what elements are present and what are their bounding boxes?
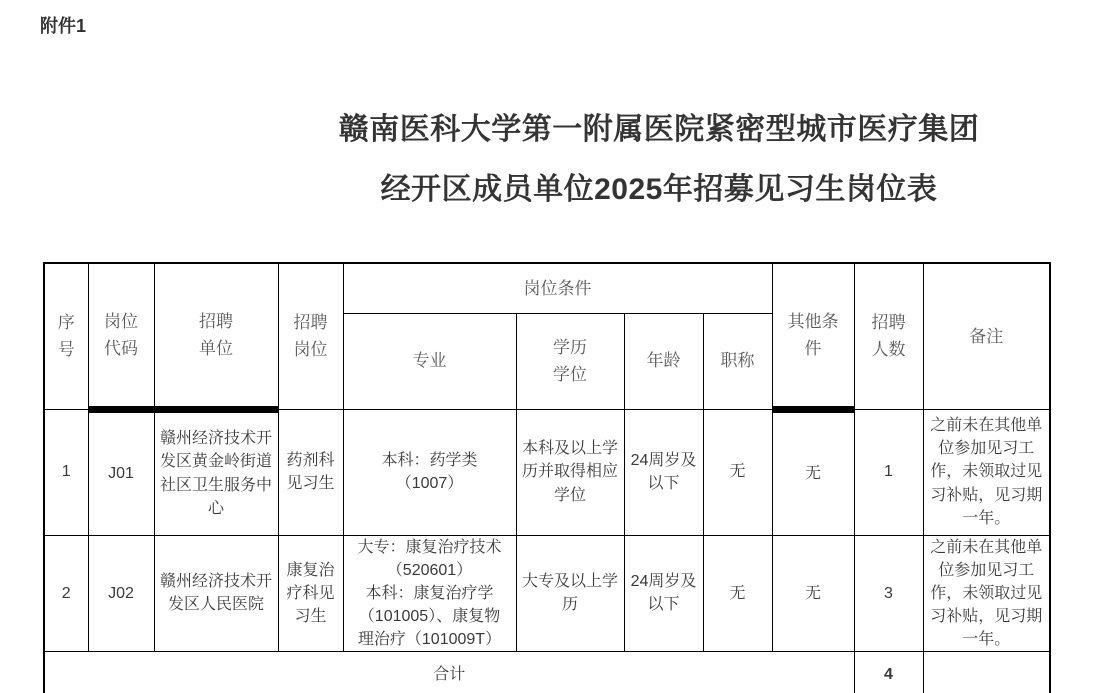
total-label: 合计 (44, 652, 854, 693)
header-unit: 招聘 单位 (154, 263, 278, 409)
header-other-conditions: 其他条 件 (772, 263, 854, 409)
cell-unit: 赣州经济技术开 发区人民医院 (154, 535, 278, 652)
cell-other: 无 (772, 409, 854, 535)
cell-seq: 1 (44, 409, 88, 535)
header-position: 招聘 岗位 (278, 263, 343, 409)
cell-other: 无 (772, 535, 854, 652)
cell-code: J02 (88, 535, 154, 652)
header-age: 年龄 (624, 313, 703, 409)
cell-major: 本科：药学类 （1007） (343, 409, 516, 535)
recruitment-table: 序 号 岗位 代码 招聘 单位 招聘 岗位 岗位条件 其他条 件 招聘 人数 备… (43, 262, 1051, 693)
doc-title-line1: 赣南医科大学第一附属医院紧密型城市医疗集团 (202, 100, 1116, 160)
cell-count: 3 (854, 535, 923, 652)
header-row-top: 序 号 岗位 代码 招聘 单位 招聘 岗位 岗位条件 其他条 件 招聘 人数 备… (44, 263, 1050, 313)
header-seq: 序 号 (44, 263, 88, 409)
cell-code: J01 (88, 409, 154, 535)
header-remark: 备注 (923, 263, 1050, 409)
cell-age: 24周岁及 以下 (624, 535, 703, 652)
cell-remark: 之前未在其他单 位参加见习工 作，未领取过见 习补贴，见习期 一年。 (923, 535, 1050, 652)
header-conditions-group: 岗位条件 (343, 263, 772, 313)
cell-degree: 本科及以上学 历并取得相应 学位 (516, 409, 624, 535)
document-title: 赣南医科大学第一附属医院紧密型城市医疗集团 经开区成员单位2025年招募见习生岗… (202, 100, 1116, 220)
doc-title-line2: 经开区成员单位2025年招募见习生岗位表 (202, 160, 1116, 220)
cell-degree: 大专及以上学 历 (516, 535, 624, 652)
total-remark (923, 652, 1050, 693)
header-count: 招聘 人数 (854, 263, 923, 409)
table-row: 2 J02 赣州经济技术开 发区人民医院 康复治 疗科见 习生 大专：康复治疗技… (44, 535, 1050, 652)
cell-remark: 之前未在其他单 位参加见习工 作，未领取过见 习补贴，见习期 一年。 (923, 409, 1050, 535)
cell-major: 大专：康复治疗技术 （520601） 本科：康复治疗学 （101005）、康复物… (343, 535, 516, 652)
header-major: 专业 (343, 313, 516, 409)
cell-age: 24周岁及 以下 (624, 409, 703, 535)
cell-position: 康复治 疗科见 习生 (278, 535, 343, 652)
header-code: 岗位 代码 (88, 263, 154, 409)
total-count: 4 (854, 652, 923, 693)
cell-jobtitle: 无 (703, 409, 772, 535)
table-row: 1 J01 赣州经济技术开 发区黄金岭街道 社区卫生服务中 心 药剂科 见习生 … (44, 409, 1050, 535)
total-row: 合计 4 (44, 652, 1050, 693)
header-degree: 学历 学位 (516, 313, 624, 409)
cell-count: 1 (854, 409, 923, 535)
header-jobtitle: 职称 (703, 313, 772, 409)
cell-jobtitle: 无 (703, 535, 772, 652)
cell-unit: 赣州经济技术开 发区黄金岭街道 社区卫生服务中 心 (154, 409, 278, 535)
cell-seq: 2 (44, 535, 88, 652)
attachment-label: 附件1 (40, 12, 86, 38)
cell-position: 药剂科 见习生 (278, 409, 343, 535)
